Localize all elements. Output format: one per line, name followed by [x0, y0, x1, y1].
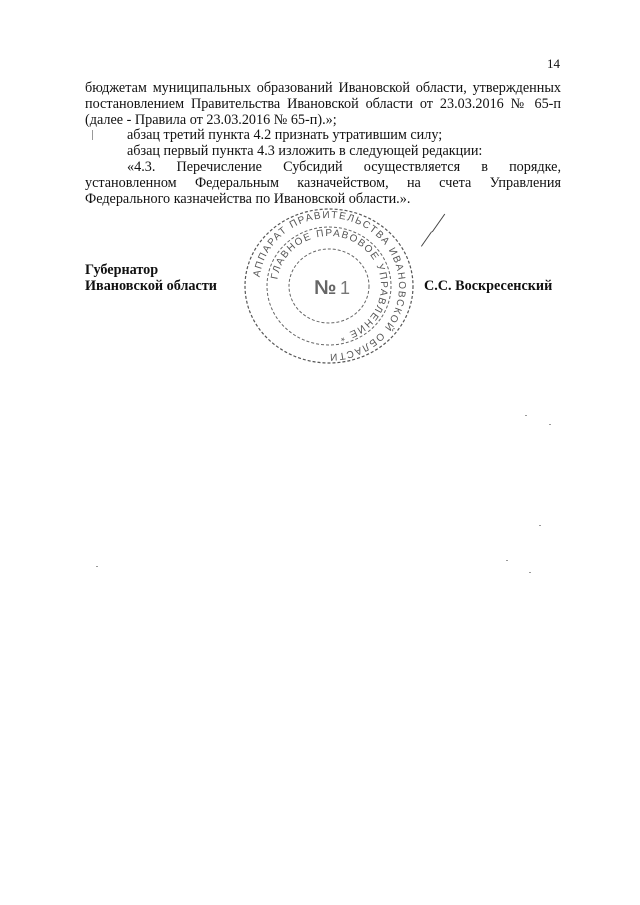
scan-speck: [529, 572, 531, 573]
svg-text:1: 1: [340, 278, 350, 298]
svg-text:№: №: [314, 277, 336, 299]
scan-speck: [549, 424, 551, 425]
scan-speck: [539, 525, 541, 526]
signatory-name: С.С. Воскресенский: [424, 278, 552, 294]
signatory-title: Губернатор Ивановской области: [85, 262, 217, 294]
scan-speck: [96, 566, 98, 567]
scan-speck: [506, 560, 508, 561]
signatory-title-line2: Ивановской области: [85, 278, 217, 294]
paragraph-abzac-4-2: абзац третий пункта 4.2 признать утратив…: [85, 128, 561, 144]
signatory-title-line1: Губернатор: [85, 262, 217, 278]
paragraph-continuation: бюджетам муниципальных образований Ивано…: [85, 81, 561, 128]
signature-stroke: [432, 214, 445, 233]
scan-speck: [525, 415, 527, 416]
page-number: 14: [547, 56, 560, 72]
document-body: бюджетам муниципальных образований Ивано…: [85, 81, 561, 207]
signature-stroke: [421, 231, 432, 246]
margin-mark: [92, 130, 93, 140]
official-stamp: АППАРАТ ПРАВИТЕЛЬСТВА ИВАНОВСКОЙ ОБЛАСТИ…: [236, 206, 422, 366]
paragraph-abzac-4-3: абзац первый пункта 4.3 изложить в следу…: [85, 144, 561, 160]
paragraph-4-3-text: «4.3. Перечисление Субсидий осуществляет…: [85, 160, 561, 207]
